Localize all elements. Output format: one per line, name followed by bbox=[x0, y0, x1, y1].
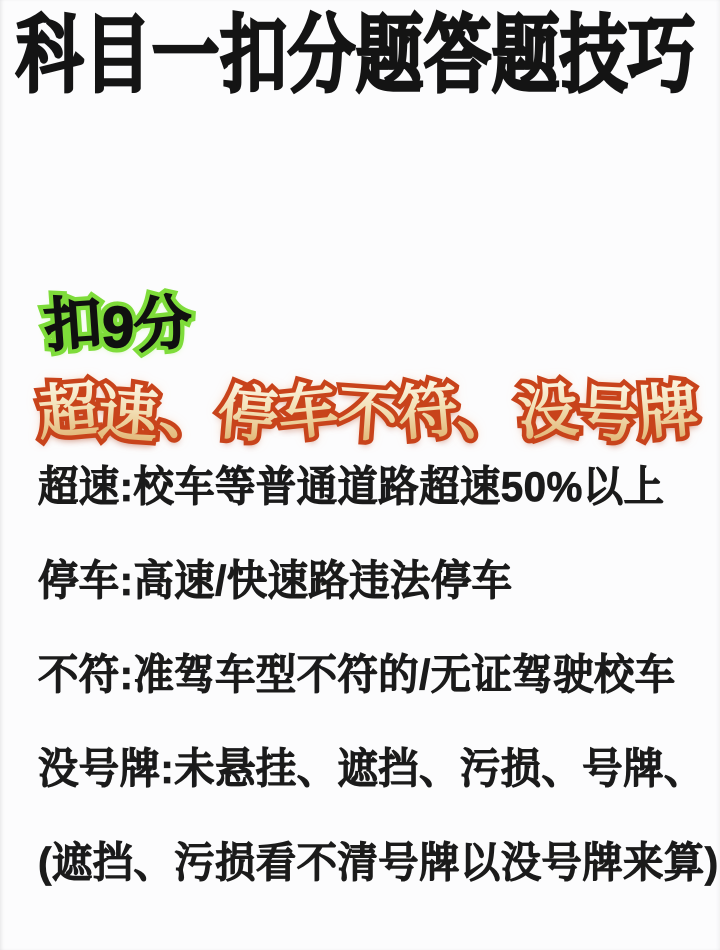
rules-list: 超速:校车等普通道路超速50%以上 停车:高速/快速路违法停车 不符:准驾车型不… bbox=[38, 459, 720, 891]
deduction-badge: 扣9分 扣9分 bbox=[44, 288, 192, 363]
poster: 科目一扣分题答题技巧 扣9分 扣9分 超速、停车不符、没号牌 超速、停车不符、没… bbox=[0, 0, 720, 950]
rule-no-plate-note: (遮挡、污损看不清号牌以没号牌来算) bbox=[38, 835, 719, 891]
rule-parking: 停车:高速/快速路违法停车 bbox=[38, 553, 719, 609]
category-heading: 超速、停车不符、没号牌 超速、停车不符、没号牌 bbox=[38, 372, 698, 453]
deduction-badge-text: 扣9分 bbox=[44, 288, 192, 363]
rule-speeding: 超速:校车等普通道路超速50%以上 bbox=[38, 459, 719, 515]
rule-license-mismatch: 不符:准驾车型不符的/无证驾驶校车 bbox=[38, 647, 719, 703]
category-heading-text: 超速、停车不符、没号牌 bbox=[38, 372, 698, 453]
rule-no-plate: 没号牌:未悬挂、遮挡、污损、号牌、 bbox=[38, 741, 719, 797]
page-title: 科目一扣分题答题技巧 bbox=[16, 6, 696, 105]
